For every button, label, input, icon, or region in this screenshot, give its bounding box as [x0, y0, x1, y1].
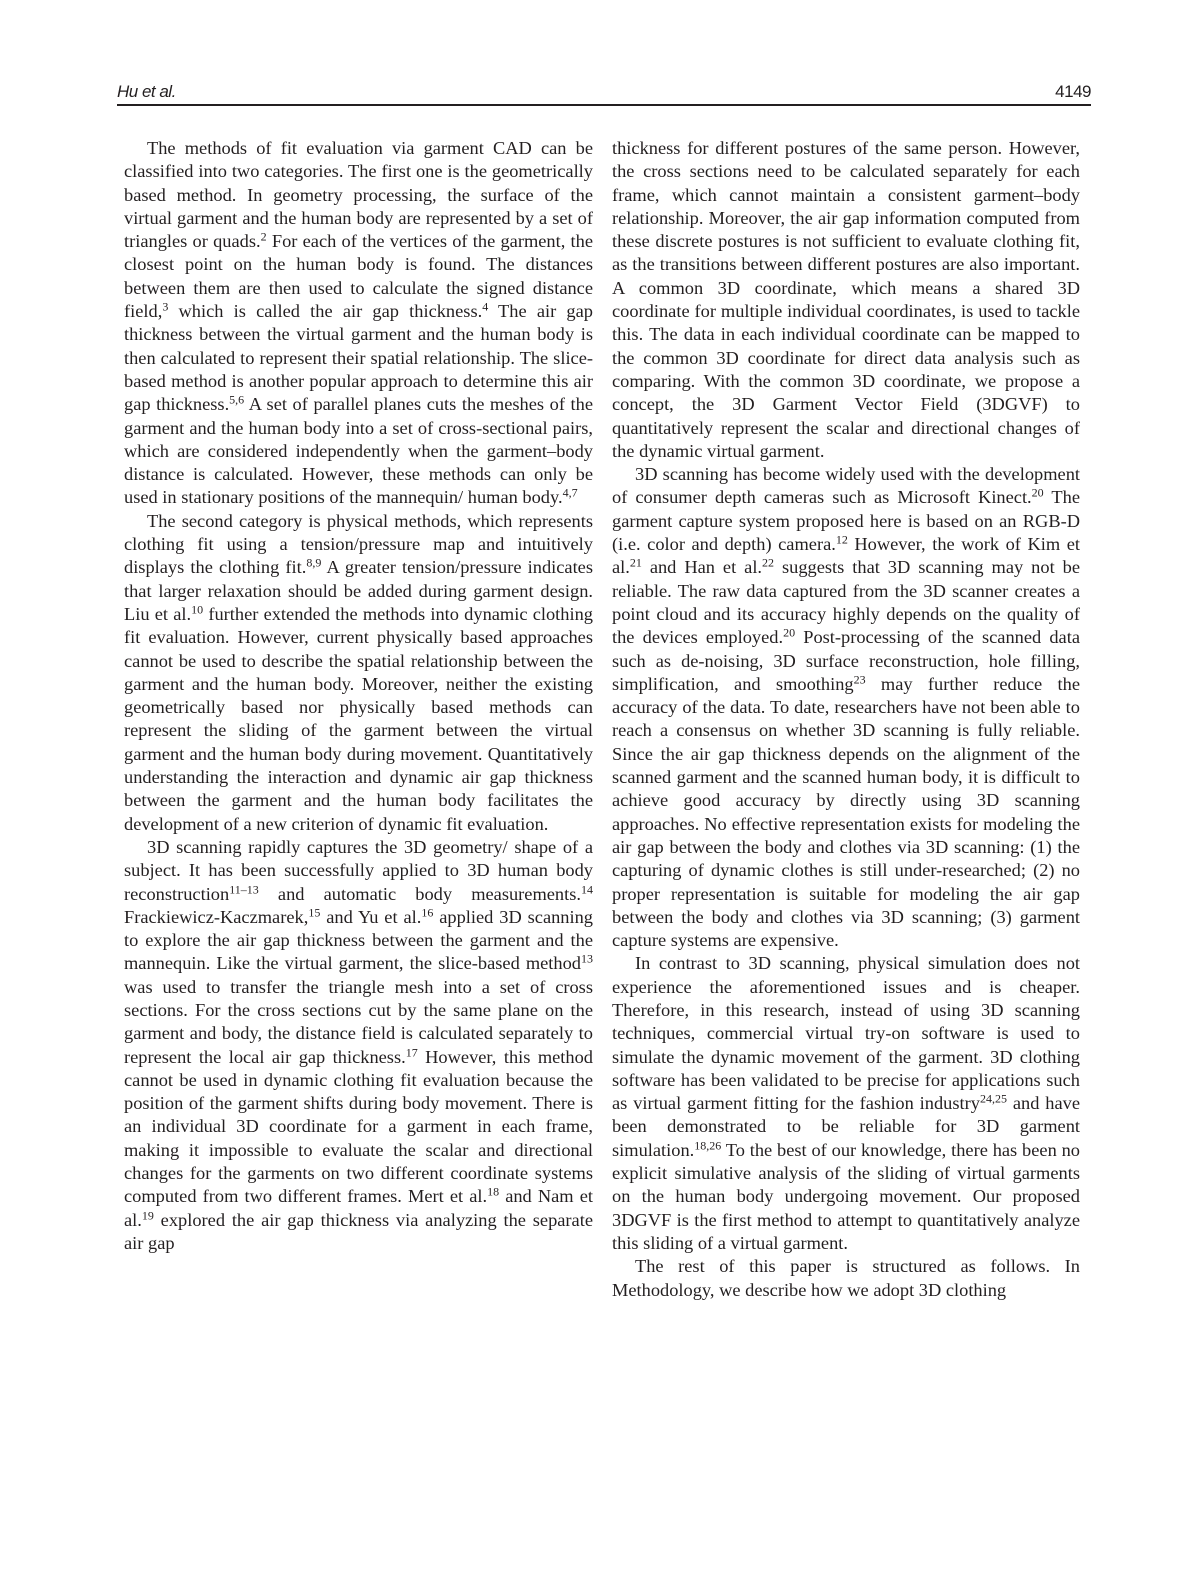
citation-superscript: 21: [630, 556, 642, 570]
citation-superscript: 13: [581, 952, 593, 966]
citation-superscript: 20: [1032, 486, 1044, 500]
citation-superscript: 15: [308, 905, 320, 919]
left-column: The methods of fit evaluation via garmen…: [124, 137, 593, 1255]
body-paragraph: The second category is physical methods,…: [124, 510, 593, 836]
body-paragraph: 3D scanning has become widely used with …: [612, 463, 1080, 952]
body-paragraph: 3D scanning rapidly captures the 3D geom…: [124, 836, 593, 1255]
citation-superscript: 17: [406, 1045, 418, 1059]
citation-superscript: 8,9: [306, 556, 321, 570]
citation-superscript: 24,25: [980, 1092, 1007, 1106]
citation-superscript: 11–13: [229, 882, 259, 896]
citation-superscript: 22: [762, 556, 774, 570]
citation-superscript: 5,6: [229, 393, 244, 407]
body-paragraph: The methods of fit evaluation via garmen…: [124, 137, 593, 510]
citation-superscript: 23: [854, 672, 866, 686]
citation-superscript: 16: [421, 905, 433, 919]
citation-superscript: 18,26: [694, 1138, 721, 1152]
running-head: Hu et al.: [117, 82, 176, 102]
page-number: 4149: [1055, 82, 1091, 102]
citation-superscript: 20: [783, 626, 795, 640]
citation-superscript: 12: [836, 532, 848, 546]
citation-superscript: 14: [581, 882, 593, 896]
citation-superscript: 18: [487, 1185, 499, 1199]
citation-superscript: 4: [482, 299, 488, 313]
body-paragraph: In contrast to 3D scanning, physical sim…: [612, 952, 1080, 1255]
citation-superscript: 2: [261, 230, 267, 244]
citation-superscript: 4,7: [563, 486, 578, 500]
right-column: thickness for different postures of the …: [612, 137, 1080, 1302]
citation-superscript: 19: [142, 1208, 154, 1222]
body-paragraph: The rest of this paper is structured as …: [612, 1255, 1080, 1302]
citation-superscript: 3: [162, 299, 168, 313]
header-rule: [117, 104, 1091, 106]
body-paragraph: thickness for different postures of the …: [612, 137, 1080, 463]
page-header: Hu et al. 4149: [117, 78, 1091, 106]
citation-superscript: 10: [191, 602, 203, 616]
